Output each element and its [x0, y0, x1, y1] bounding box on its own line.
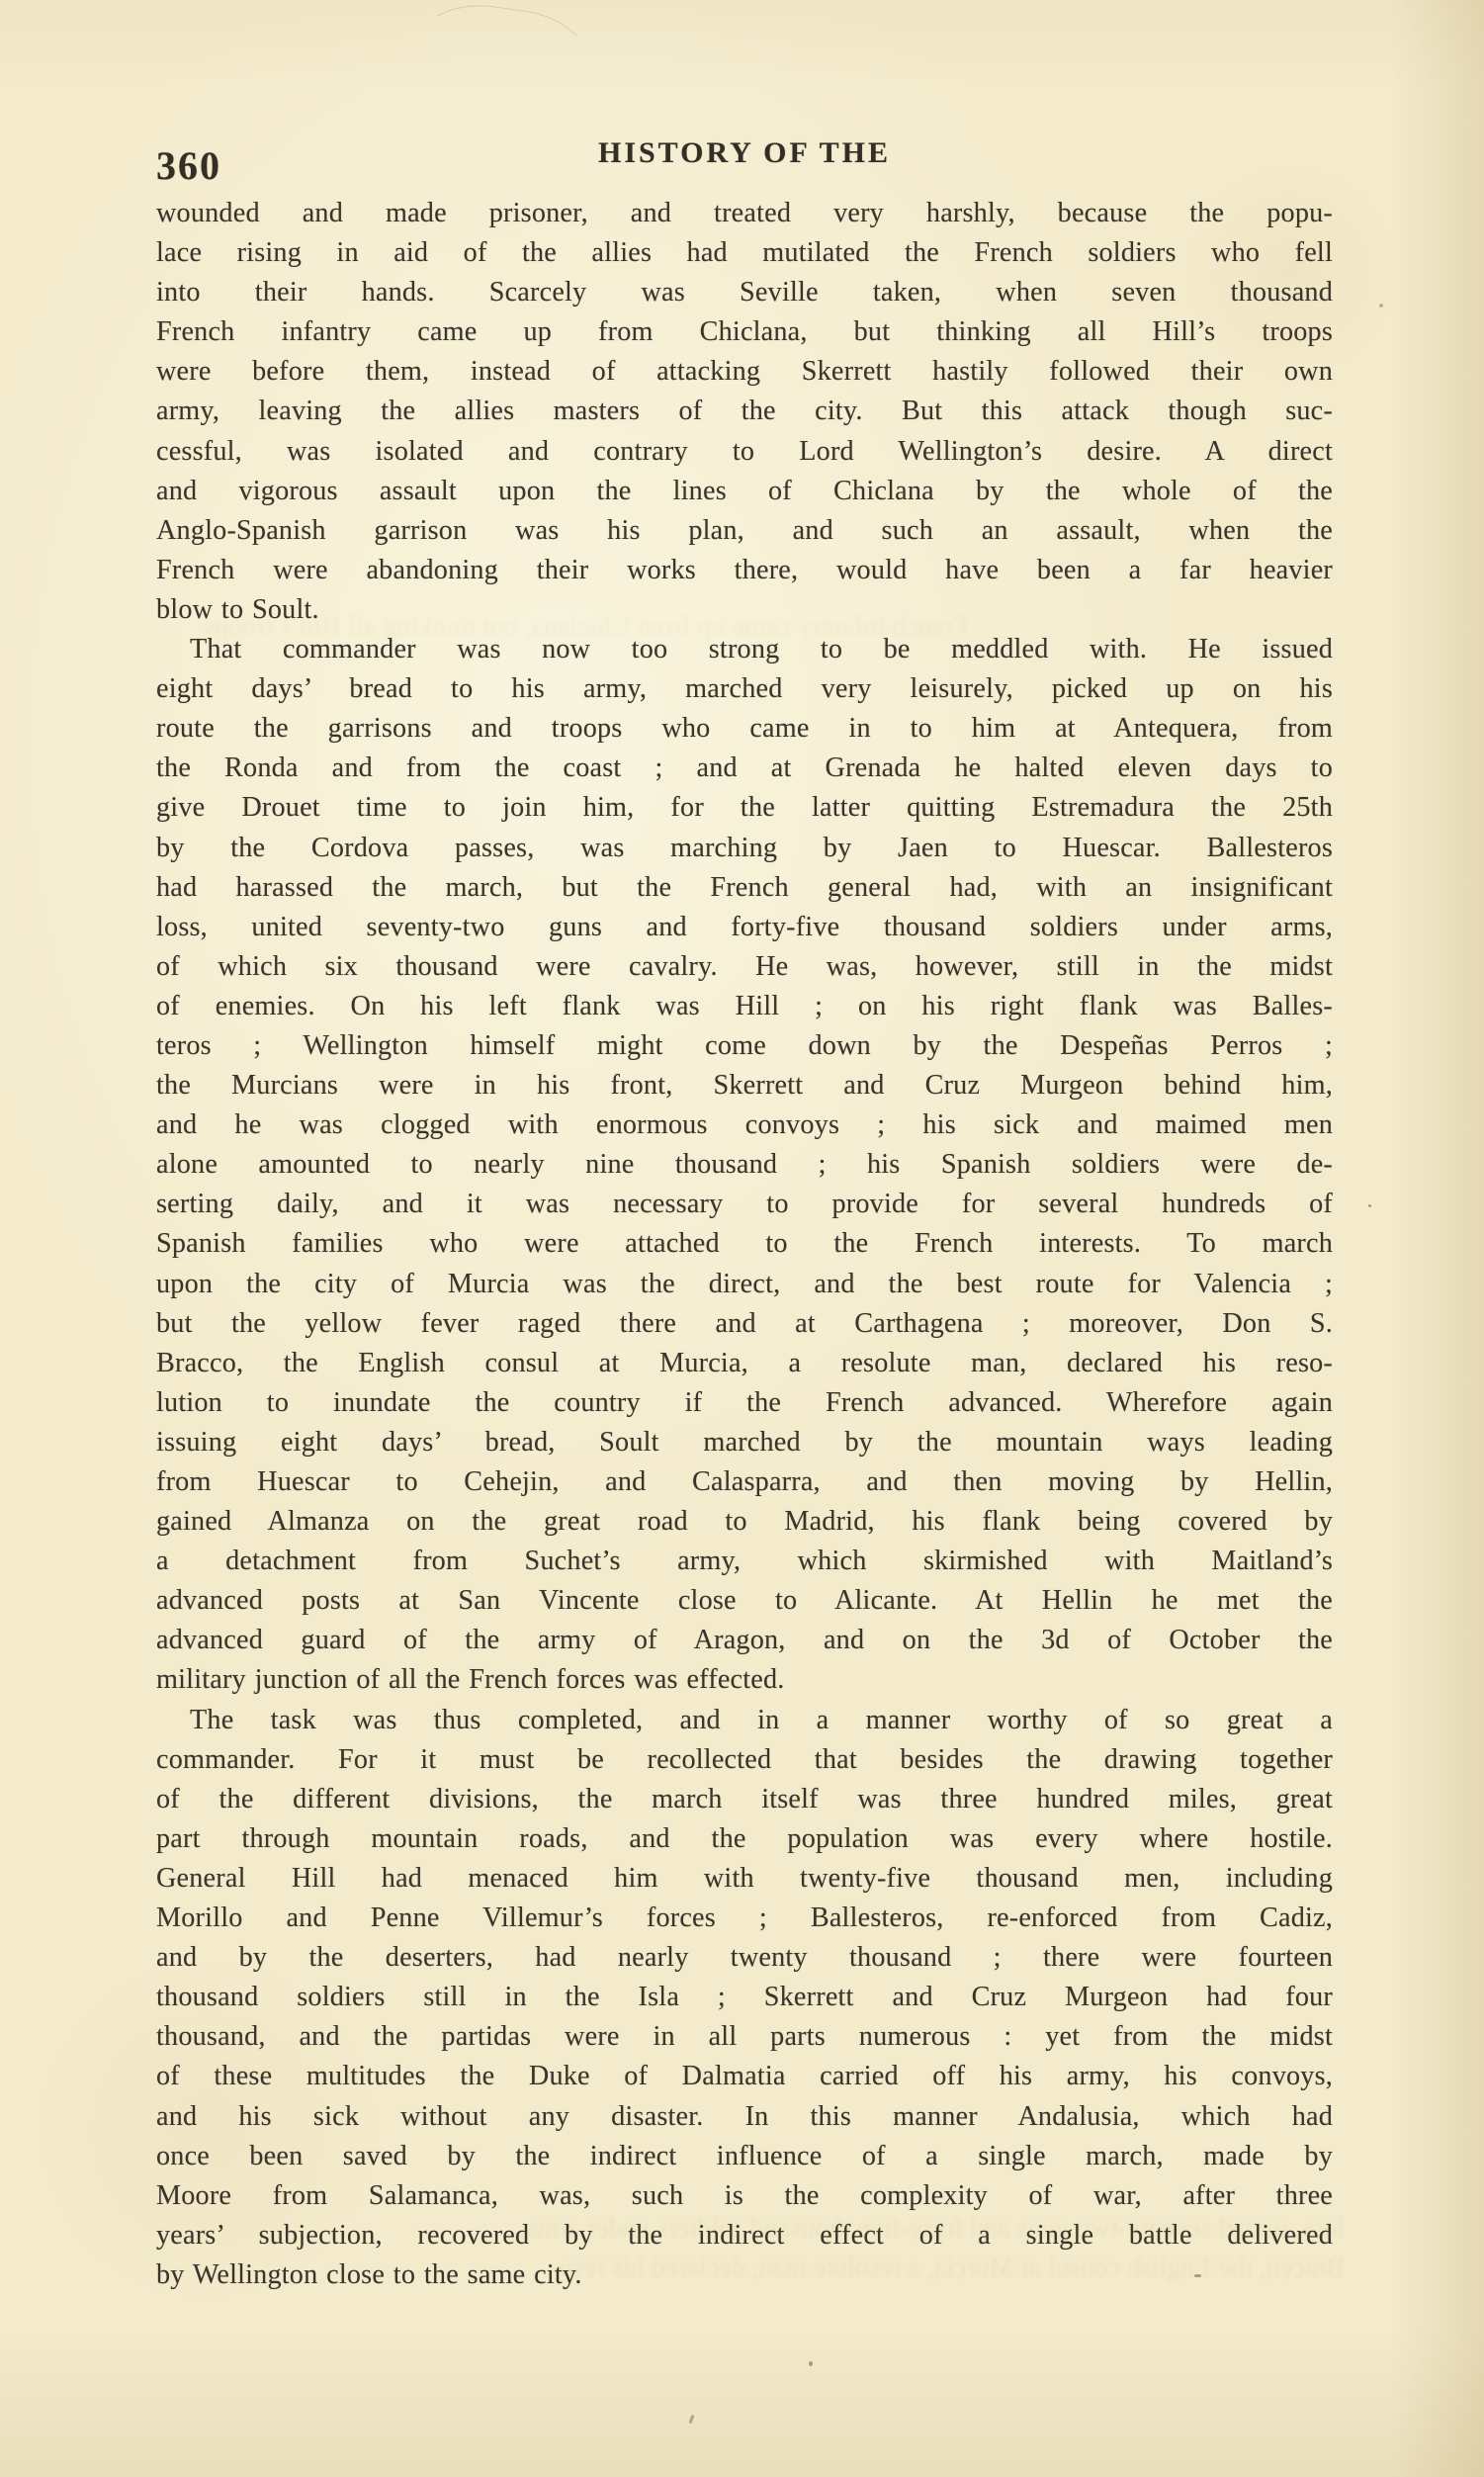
- text-line: and he was clogged with enormous convoys…: [156, 1106, 1333, 1145]
- text-line: of these multitudes the Duke of Dalmatia…: [156, 2057, 1333, 2096]
- text-line: gained Almanza on the great road to Madr…: [156, 1502, 1333, 1542]
- text-line: That commander was now too strong to be …: [156, 630, 1333, 669]
- text-line: part through mountain roads, and the pop…: [156, 1819, 1333, 1859]
- text-line: upon the city of Murcia was the direct, …: [156, 1265, 1333, 1304]
- text-line: from Huescar to Cehejin, and Calasparra,…: [156, 1462, 1333, 1502]
- paper-speck: [1194, 2274, 1201, 2277]
- text-line: thousand, and the partidas were in all p…: [156, 2017, 1333, 2057]
- text-line: French were abandoning their works there…: [156, 551, 1333, 590]
- text-line: army, leaving the allies masters of the …: [156, 392, 1333, 431]
- text-line: a detachment from Suchet’s army, which s…: [156, 1542, 1333, 1581]
- book-page: 360 HISTORY OF THE wounded and made pris…: [0, 0, 1484, 2477]
- text-line: route the garrisons and troops who came …: [156, 709, 1333, 749]
- text-line: by the Cordova passes, was marching by J…: [156, 829, 1333, 868]
- text-line: of which six thousand were cavalry. He w…: [156, 947, 1333, 987]
- paragraph: That commander was now too strong to be …: [156, 630, 1333, 1701]
- text-line: cessful, was isolated and contrary to Lo…: [156, 432, 1333, 472]
- text-line: and his sick without any disaster. In th…: [156, 2097, 1333, 2137]
- text-line: wounded and made prisoner, and treated v…: [156, 194, 1333, 233]
- text-line: advanced posts at San Vincente close to …: [156, 1581, 1333, 1621]
- text-line: Spanish families who were attached to th…: [156, 1224, 1333, 1264]
- text-line: had harassed the march, but the French g…: [156, 868, 1333, 908]
- text-line: advanced guard of the army of Aragon, an…: [156, 1621, 1333, 1660]
- text-line: Morillo and Penne Villemur’s forces ; Ba…: [156, 1899, 1333, 1938]
- text-line: years’ subjection, recovered by the indi…: [156, 2216, 1333, 2256]
- running-title: HISTORY OF THE: [156, 136, 1333, 170]
- text-line: and by the deserters, had nearly twenty …: [156, 1938, 1333, 1978]
- text-line: but the yellow fever raged there and at …: [156, 1304, 1333, 1344]
- text-line: thousand soldiers still in the Isla ; Sk…: [156, 1978, 1333, 2017]
- paper-speck: [1379, 304, 1383, 308]
- paper-speck: [809, 2361, 813, 2366]
- text-line: the Murcians were in his front, Skerrett…: [156, 1066, 1333, 1106]
- text-line: General Hill had menaced him with twenty…: [156, 1859, 1333, 1899]
- paper-fiber-mark: [409, 0, 596, 116]
- text-line: Bracco, the English consul at Murcia, a …: [156, 1344, 1333, 1383]
- text-block: wounded and made prisoner, and treated v…: [156, 194, 1333, 2295]
- text-line: the Ronda and from the coast ; and at Gr…: [156, 749, 1333, 788]
- text-line: by Wellington close to the same city.: [156, 2256, 1333, 2295]
- text-line: into their hands. Scarcely was Seville t…: [156, 273, 1333, 312]
- text-line: eight days’ bread to his army, marched v…: [156, 669, 1333, 709]
- page-header: 360 HISTORY OF THE: [156, 136, 1333, 196]
- text-line: and vigorous assault upon the lines of C…: [156, 472, 1333, 511]
- text-line: serting daily, and it was necessary to p…: [156, 1185, 1333, 1224]
- paragraph: wounded and made prisoner, and treated v…: [156, 194, 1333, 630]
- text-line: commander. For it must be recollected th…: [156, 1740, 1333, 1780]
- text-line: of the different divisions, the march it…: [156, 1780, 1333, 1819]
- text-line: blow to Soult.: [156, 590, 1333, 630]
- text-line: loss, united seventy-two guns and forty-…: [156, 908, 1333, 947]
- text-line: lution to inundate the country if the Fr…: [156, 1383, 1333, 1423]
- paper-speck: [689, 2415, 695, 2424]
- text-line: give Drouet time to join him, for the la…: [156, 788, 1333, 828]
- text-line: once been saved by the indirect influenc…: [156, 2137, 1333, 2176]
- text-line: were before them, instead of attacking S…: [156, 352, 1333, 392]
- text-line: French infantry came up from Chiclana, b…: [156, 312, 1333, 352]
- paper-speck: [1368, 1204, 1371, 1207]
- text-line: Anglo-Spanish garrison was his plan, and…: [156, 511, 1333, 551]
- text-line: Moore from Salamanca, was, such is the c…: [156, 2176, 1333, 2216]
- text-line: teros ; Wellington himself might come do…: [156, 1026, 1333, 1066]
- text-line: alone amounted to nearly nine thousand ;…: [156, 1145, 1333, 1185]
- text-line: issuing eight days’ bread, Soult marched…: [156, 1423, 1333, 1462]
- text-line: lace rising in aid of the allies had mut…: [156, 233, 1333, 273]
- paragraph: The task was thus completed, and in a ma…: [156, 1701, 1333, 2295]
- text-line: The task was thus completed, and in a ma…: [156, 1701, 1333, 1740]
- text-line: of enemies. On his left flank was Hill ;…: [156, 987, 1333, 1026]
- text-line: military junction of all the French forc…: [156, 1660, 1333, 1700]
